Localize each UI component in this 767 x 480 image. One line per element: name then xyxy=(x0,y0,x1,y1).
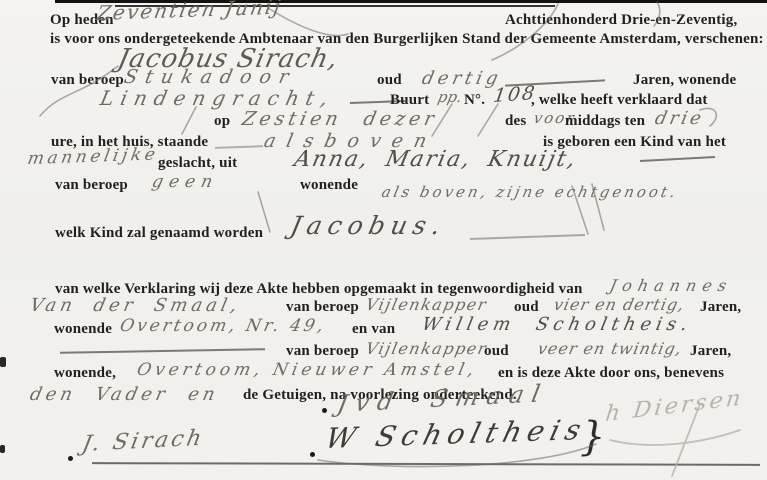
handwritten-declarant-beroep: Stukadoor xyxy=(122,66,299,88)
pen-stroke xyxy=(640,156,715,161)
handwritten-declarant-address: Lindengracht, xyxy=(98,86,337,110)
signature-sirach: J. Sirach xyxy=(80,426,207,457)
handwritten-declarant-age: dertig xyxy=(420,68,504,89)
printed-year: Achttienhonderd Drie-en-Zeventig, xyxy=(505,12,737,29)
printed-middags-ten: middags ten xyxy=(565,113,645,130)
printed-wonende-3: wonende, xyxy=(54,365,116,382)
printed-kind-genaamd: welk Kind zal genaamd worden xyxy=(55,225,263,242)
pen-stroke xyxy=(470,234,585,240)
handwritten-buurt-code: pp. xyxy=(436,88,464,106)
signature-official: h Diersen xyxy=(604,386,745,427)
handwritten-mother-beroep: geen xyxy=(150,172,220,192)
printed-oud-1: oud xyxy=(377,72,402,89)
printed-oud-3: oud xyxy=(484,343,509,360)
signature-scholtheis: W Scholtheis xyxy=(322,413,590,455)
handwritten-den-vader-en: den Vader en xyxy=(28,384,221,405)
handwritten-witness1-beroep: Vijlenkapper xyxy=(364,295,489,314)
printed-van-beroep-2: van beroep xyxy=(55,177,128,194)
printed-op: op xyxy=(214,113,230,130)
handwritten-birth-day: Zestien dezer xyxy=(240,108,440,130)
handwritten-witness2-age: veer en twintig, xyxy=(536,339,684,358)
handwritten-witness1-firstname: Johannes xyxy=(608,276,734,295)
printed-wonende-1: wonende xyxy=(300,177,358,194)
scan-border-bottom xyxy=(92,462,760,466)
printed-wonende-2: wonende xyxy=(54,321,112,338)
handwritten-witness2-name: Willem Scholtheis. xyxy=(420,314,694,335)
printed-buurt-label: Buurt xyxy=(390,92,429,109)
scan-edge-smudge xyxy=(0,357,6,367)
printed-jaren-1: Jaren, xyxy=(700,299,741,316)
ink-dot xyxy=(310,452,315,457)
pen-stroke xyxy=(60,348,265,353)
printed-geslacht-uit: geslacht, uit xyxy=(158,155,237,172)
pen-stroke xyxy=(215,145,263,148)
signature-smaal: Jvd Smaal xyxy=(335,379,551,418)
birth-certificate-scan: Op heden Zeventien Junij Achttienhonderd… xyxy=(0,0,767,480)
printed-van-beroep-3: van beroep xyxy=(286,299,359,316)
handwritten-witness1-age: vier en dertig, xyxy=(552,295,686,314)
ink-dot xyxy=(322,408,327,413)
scan-edge-smudge xyxy=(0,445,5,453)
handwritten-witness1-surname: Van der Smaal, xyxy=(28,295,243,316)
handwritten-gender: mannelijke xyxy=(26,144,160,169)
handwritten-witness2-beroep: Vijlenkapper xyxy=(364,339,489,358)
printed-jaren-wonende: Jaren, wonende xyxy=(633,72,736,89)
handwritten-mother-name: Anna, Maria, Knuijt, xyxy=(292,147,579,172)
handwritten-witness1-address: Overtoom, Nr. 49, xyxy=(118,316,328,336)
printed-declare-label: , welke heeft verklaard dat xyxy=(531,92,708,109)
signature-brace: } xyxy=(580,414,605,460)
printed-van-beroep-4: van beroep xyxy=(286,343,359,360)
ink-dot xyxy=(68,456,73,461)
printed-no-label: N°. xyxy=(464,92,485,109)
handwritten-mother-residence: als boven, zijne echtgenoot. xyxy=(380,183,680,201)
printed-des: des xyxy=(505,113,526,130)
handwritten-birth-hour: drie xyxy=(653,108,706,129)
handwritten-child-name: Jacobus. xyxy=(288,211,449,240)
handwritten-witness2-address: Overtoom, Nieuwer Amstel, xyxy=(135,360,480,380)
printed-jaren-2: Jaren, xyxy=(690,343,731,360)
printed-en-van: en van xyxy=(352,321,395,338)
handwritten-date: Zeventien Junij xyxy=(95,0,284,25)
